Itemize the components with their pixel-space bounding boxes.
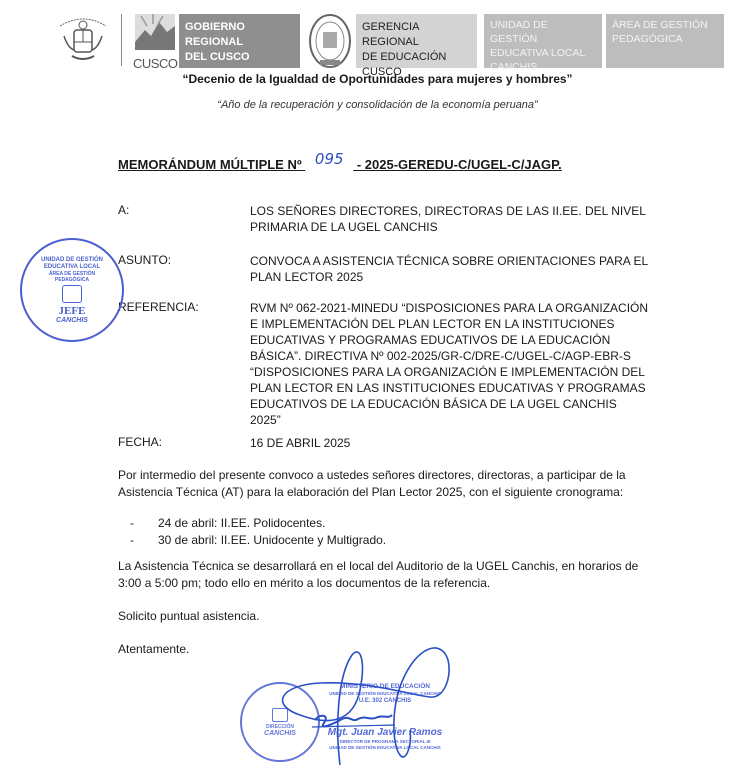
ugel-pedagogical-head-stamp: UNIDAD DE GESTIÓN EDUCATIVA LOCAL ÁREA D… (20, 238, 124, 342)
area-line-1: ÁREA DE GESTIÓN (612, 18, 718, 32)
ugel-line-2: EDUCATIVA LOCAL (490, 46, 596, 60)
memo-prefix: MEMORÁNDUM MÚLTIPLE Nº (118, 157, 302, 172)
subject-value: CONVOCA A ASISTENCIA TÉCNICA SOBRE ORIEN… (250, 253, 660, 285)
header-area-gestion-pedagogica: ÁREA DE GESTIÓN PEDAGÓGICA (606, 14, 724, 68)
peru-coat-of-arms-logo (52, 10, 114, 68)
stamp-jefe-text: JEFE (59, 305, 86, 317)
geredu-seal-logo (308, 12, 352, 70)
location-paragraph: La Asistencia Técnica se desarrollará en… (118, 558, 648, 592)
memo-suffix: - 2025-GEREDU-C/UGEL-C/JAGP (353, 157, 558, 172)
schedule-item: 24 de abril: II.EE. Polidocentes. (130, 515, 386, 532)
memo-handwritten-number: 095 (305, 150, 353, 168)
header-divider (121, 14, 122, 66)
decade-motto: “Decenio de la Igualdad de Oportunidades… (0, 72, 755, 86)
header-gerencia-regional: GERENCIA REGIONAL DE EDUCACIÓN CUSCO (356, 14, 477, 68)
cusco-region-logo: CUSCO (133, 12, 177, 70)
to-value: LOS SEÑORES DIRECTORES, DIRECTORAS DE LA… (250, 203, 660, 235)
cusco-logo-text: CUSCO (133, 57, 177, 71)
handwritten-signature (220, 635, 480, 774)
schedule-item: 30 de abril: II.EE. Unidocente y Multigr… (130, 532, 386, 549)
memo-period: . (558, 157, 562, 172)
header-ugel-canchis: UNIDAD DE GESTIÓN EDUCATIVA LOCAL CANCHI… (484, 14, 602, 68)
date-value: 16 DE ABRIL 2025 (250, 435, 660, 451)
reference-value: RVM Nº 062-2021-MINEDU “DISPOSICIONES PA… (250, 300, 650, 428)
request-line: Solicito puntual asistencia. (118, 608, 648, 625)
gerencia-line-1: GERENCIA REGIONAL (362, 20, 471, 50)
stamp-inner-text: ÁREA DE GESTIÓN PEDAGÓGICA (37, 271, 107, 283)
year-motto: “Año de la recuperación y consolidación … (0, 99, 755, 111)
memo-title: MEMORÁNDUM MÚLTIPLE Nº 095 - 2025-GEREDU… (118, 155, 562, 173)
subject-label: ASUNTO: (118, 253, 171, 267)
header-gobierno-regional: GOBIERNO REGIONAL DEL CUSCO (179, 14, 300, 68)
intro-paragraph: Por intermedio del presente convoco a us… (118, 467, 648, 501)
ugel-line-1: UNIDAD DE GESTIÓN (490, 18, 596, 46)
stamp-canchis-text: CANCHIS (56, 317, 88, 324)
gobierno-line-2: DEL CUSCO (185, 50, 294, 65)
to-label: A: (118, 203, 129, 217)
reference-label: REFERENCIA: (118, 300, 199, 314)
date-label: FECHA: (118, 435, 162, 449)
stamp-outer-text: UNIDAD DE GESTIÓN EDUCATIVA LOCAL (32, 257, 112, 271)
gobierno-line-1: GOBIERNO REGIONAL (185, 20, 294, 50)
area-line-2: PEDAGÓGICA (612, 32, 718, 46)
stamp-emblem-icon (62, 285, 82, 303)
schedule-list: 24 de abril: II.EE. Polidocentes. 30 de … (130, 515, 386, 549)
